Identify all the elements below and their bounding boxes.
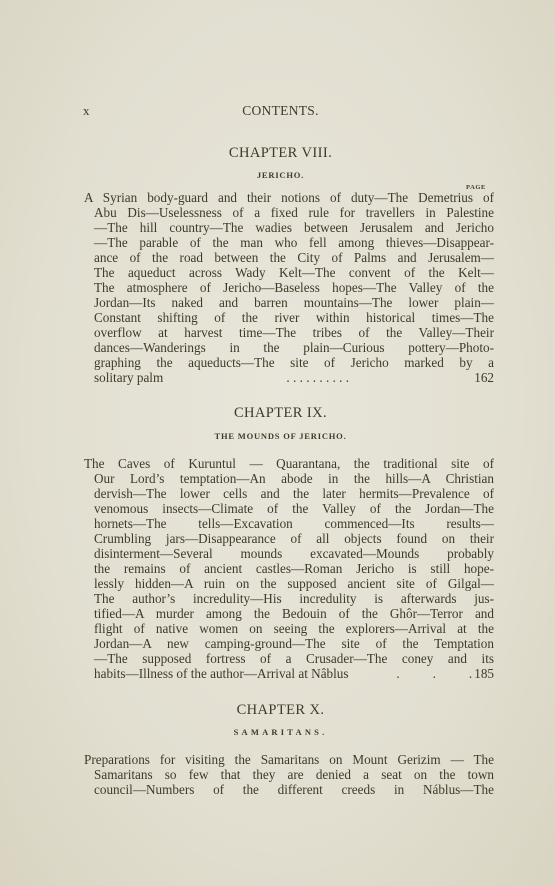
synopsis-line: The atmosphere of Jericho—Baseless hopes… [94, 280, 494, 295]
synopsis-line: A Syrian body-guard and their notions of… [84, 190, 494, 205]
synopsis-line: The Caves of Kuruntul — Quarantana, the … [84, 456, 494, 471]
synopsis-line: lessly hidden—A ruin on the supposed anc… [94, 576, 494, 591]
synopsis-line: Our Lord’s temptation—An abode in the hi… [94, 471, 494, 486]
synopsis-line: Samaritans so few that they are denied a… [94, 767, 494, 782]
synopsis-line: Jordan—A new camping-ground—The site of … [94, 636, 494, 651]
synopsis-line: Constant shifting of the river within hi… [94, 310, 494, 325]
synopsis-line: The aqueduct across Wady Kelt—The conven… [94, 265, 494, 280]
synopsis-line: Abu Dis—Uselessness of a fixed rule for … [94, 205, 494, 220]
synopsis-line: dances—Wanderings in the plain—Curious p… [94, 340, 494, 355]
chapter-subtitle: THE MOUNDS OF JERICHO. [83, 431, 478, 441]
synopsis-line: flight of native women on seeing the exp… [94, 621, 494, 636]
synopsis-line: overflow at harvest time—The tribes of t… [94, 325, 494, 340]
synopsis-last-line: solitary palm . . . . . . . . . . 162 [94, 370, 494, 385]
chapter-heading: CHAPTER X. [83, 702, 478, 719]
synopsis-line-text: solitary palm [94, 370, 163, 385]
running-head: x CONTENTS. [83, 103, 478, 121]
dot-leader: . . . . . . . . . . [163, 370, 472, 385]
chapter-heading: CHAPTER IX. [83, 405, 478, 422]
synopsis-line: Jordan—Its naked and barren mountains—Th… [94, 295, 494, 310]
synopsis-line: council—Numbers of the different creeds … [94, 782, 494, 797]
synopsis-line: —The supposed fortress of a Crusader—The… [94, 651, 494, 666]
dot-leader: . . . [349, 666, 473, 681]
synopsis-line: Crumbling jars—Disappearance of all obje… [94, 531, 494, 546]
book-page: x CONTENTS. CHAPTER VIII. JERICHO. PAGE … [0, 0, 555, 886]
synopsis-line: the remains of ancient castles—Roman Jer… [94, 561, 494, 576]
synopsis-line: tified—A murder among the Bedouin of the… [94, 606, 494, 621]
page-number: 185 [472, 666, 494, 681]
synopsis-line: The author’s incredulity—His incredulity… [94, 591, 494, 606]
chapter-heading: CHAPTER VIII. [83, 145, 478, 162]
synopsis-line: —The parable of the man who fell among t… [94, 235, 494, 250]
synopsis-last-line: habits—Illness of the author—Arrival at … [94, 666, 494, 681]
page-number: 162 [472, 370, 494, 385]
chapter-subtitle: SAMARITANS. [83, 727, 478, 737]
chapter-subtitle: JERICHO. [83, 170, 478, 180]
synopsis-line: hornets—The tells—Excavation commenced—I… [94, 516, 494, 531]
running-title: CONTENTS. [83, 103, 478, 119]
chapter-synopsis: The Caves of Kuruntul — Quarantana, the … [94, 456, 494, 681]
synopsis-line: dervish—The lower cells and the later he… [94, 486, 494, 501]
synopsis-line: ance of the road between the City of Pal… [94, 250, 494, 265]
synopsis-line: venomous insects—Climate of the Valley o… [94, 501, 494, 516]
synopsis-line-text: habits—Illness of the author—Arrival at … [94, 666, 349, 681]
synopsis-line: disinterment—Several mounds excavated—Mo… [94, 546, 494, 561]
synopsis-line: Preparations for visiting the Samaritans… [84, 752, 494, 767]
synopsis-line: graphing the aqueducts—The site of Jeric… [94, 355, 494, 370]
chapter-synopsis: Preparations for visiting the Samaritans… [94, 752, 494, 797]
synopsis-line: —The hill country—The wadies between Jer… [94, 220, 494, 235]
chapter-synopsis: A Syrian body-guard and their notions of… [94, 190, 494, 385]
